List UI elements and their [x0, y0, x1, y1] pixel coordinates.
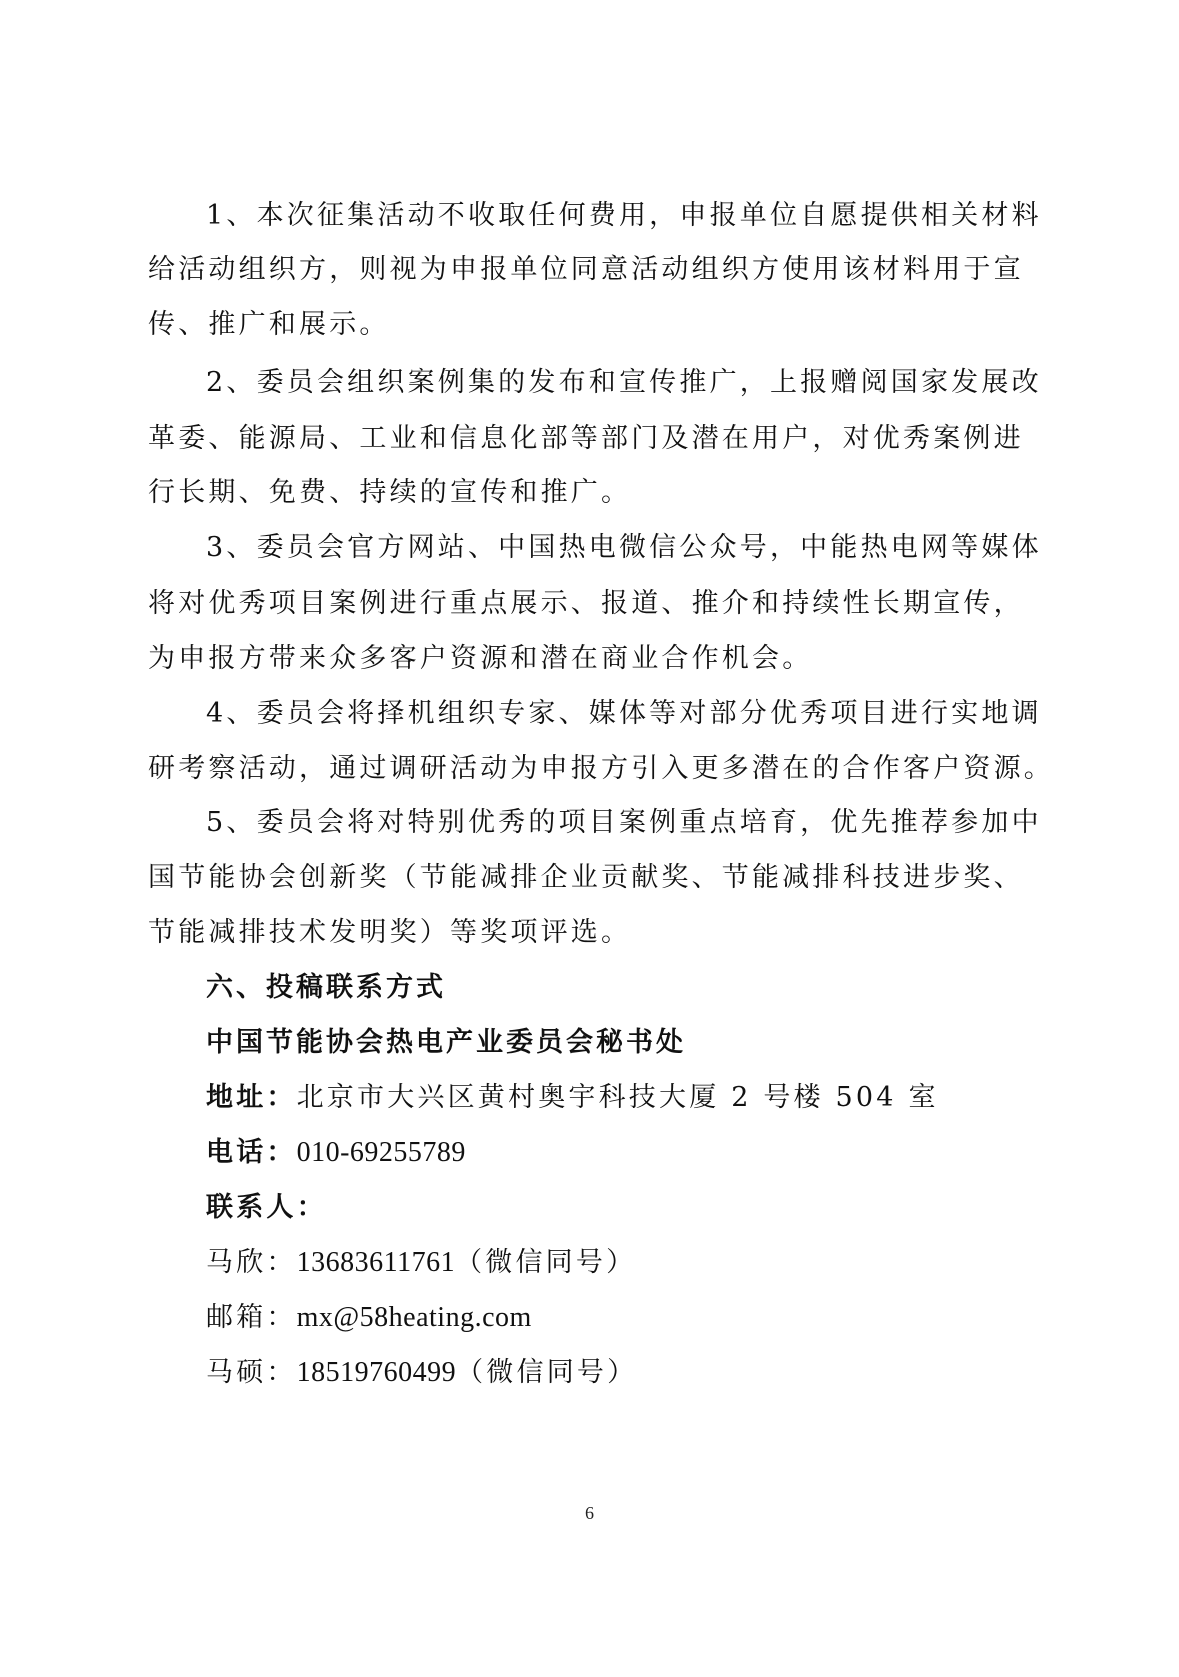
- paragraph-2-line-3: 行长期、免费、持续的宣传和推广。: [148, 476, 631, 510]
- contacts-label: 联系人：: [206, 1191, 327, 1225]
- paragraph-2-line-1: 2、委员会组织案例集的发布和宣传推广，上报赠阅国家发展改: [206, 366, 1042, 400]
- paragraph-5-line-3: 节能减排技术发明奖）等奖项评选。: [148, 916, 631, 950]
- section-heading: 六、投稿联系方式: [206, 971, 446, 1005]
- contact-phone: 18519760499: [297, 1357, 457, 1388]
- paragraph-4-line-1: 4、委员会将择机组织专家、媒体等对部分优秀项目进行实地调: [206, 697, 1042, 731]
- paragraph-5-line-2: 国节能协会创新奖（节能减排企业贡献奖、节能减排科技进步奖、: [148, 861, 1024, 895]
- phone-value: 010-69255789: [297, 1137, 466, 1168]
- paragraph-1-line-2: 给活动组织方，则视为申报单位同意活动组织方使用该材料用于宣: [148, 253, 1024, 287]
- phone-row: 电话：010-69255789: [206, 1136, 466, 1170]
- paragraph-4-line-2: 研考察活动，通过调研活动为申报方引入更多潜在的合作客户资源。: [148, 752, 1054, 786]
- paragraph-2-line-2: 革委、能源局、工业和信息化部等部门及潜在用户，对优秀案例进: [148, 422, 1024, 456]
- contact-note: （微信同号）: [456, 1357, 637, 1388]
- contact-name-label: 马硕：: [206, 1357, 297, 1388]
- contact-email-row: 邮箱：mx@58heating.com: [206, 1301, 532, 1335]
- paragraph-3-line-1: 3、委员会官方网站、中国热电微信公众号，中能热电网等媒体: [206, 531, 1042, 565]
- email-label: 邮箱：: [206, 1302, 297, 1333]
- paragraph-3-line-2: 将对优秀项目案例进行重点展示、报道、推介和持续性长期宣传，: [148, 587, 1024, 621]
- document-page: 1、本次征集活动不收取任何费用，申报单位自愿提供相关材料 给活动组织方，则视为申…: [0, 0, 1179, 1677]
- email-value: mx@58heating.com: [297, 1302, 532, 1333]
- paragraph-1-line-3: 传、推广和展示。: [148, 308, 390, 342]
- contact-phone: 13683611761: [297, 1247, 455, 1278]
- contact-person-ma-shuo: 马硕：18519760499（微信同号）: [206, 1356, 637, 1390]
- page-number: 6: [0, 1503, 1179, 1524]
- paragraph-3-line-3: 为申报方带来众多客户资源和潜在商业合作机会。: [148, 642, 812, 676]
- organization-name: 中国节能协会热电产业委员会秘书处: [206, 1026, 686, 1060]
- address-row: 地址：北京市大兴区黄村奥宇科技大厦 2 号楼 504 室: [206, 1081, 939, 1115]
- address-label: 地址：: [206, 1082, 297, 1113]
- contact-name-label: 马欣：: [206, 1247, 297, 1278]
- paragraph-1-line-1: 1、本次征集活动不收取任何费用，申报单位自愿提供相关材料: [206, 199, 1042, 233]
- phone-label: 电话：: [206, 1137, 297, 1168]
- contact-note: （微信同号）: [455, 1247, 636, 1278]
- address-value: 北京市大兴区黄村奥宇科技大厦 2 号楼 504 室: [297, 1082, 939, 1113]
- contact-person-ma-xin: 马欣：13683611761（微信同号）: [206, 1246, 636, 1280]
- paragraph-5-line-1: 5、委员会将对特别优秀的项目案例重点培育，优先推荐参加中: [206, 806, 1042, 840]
